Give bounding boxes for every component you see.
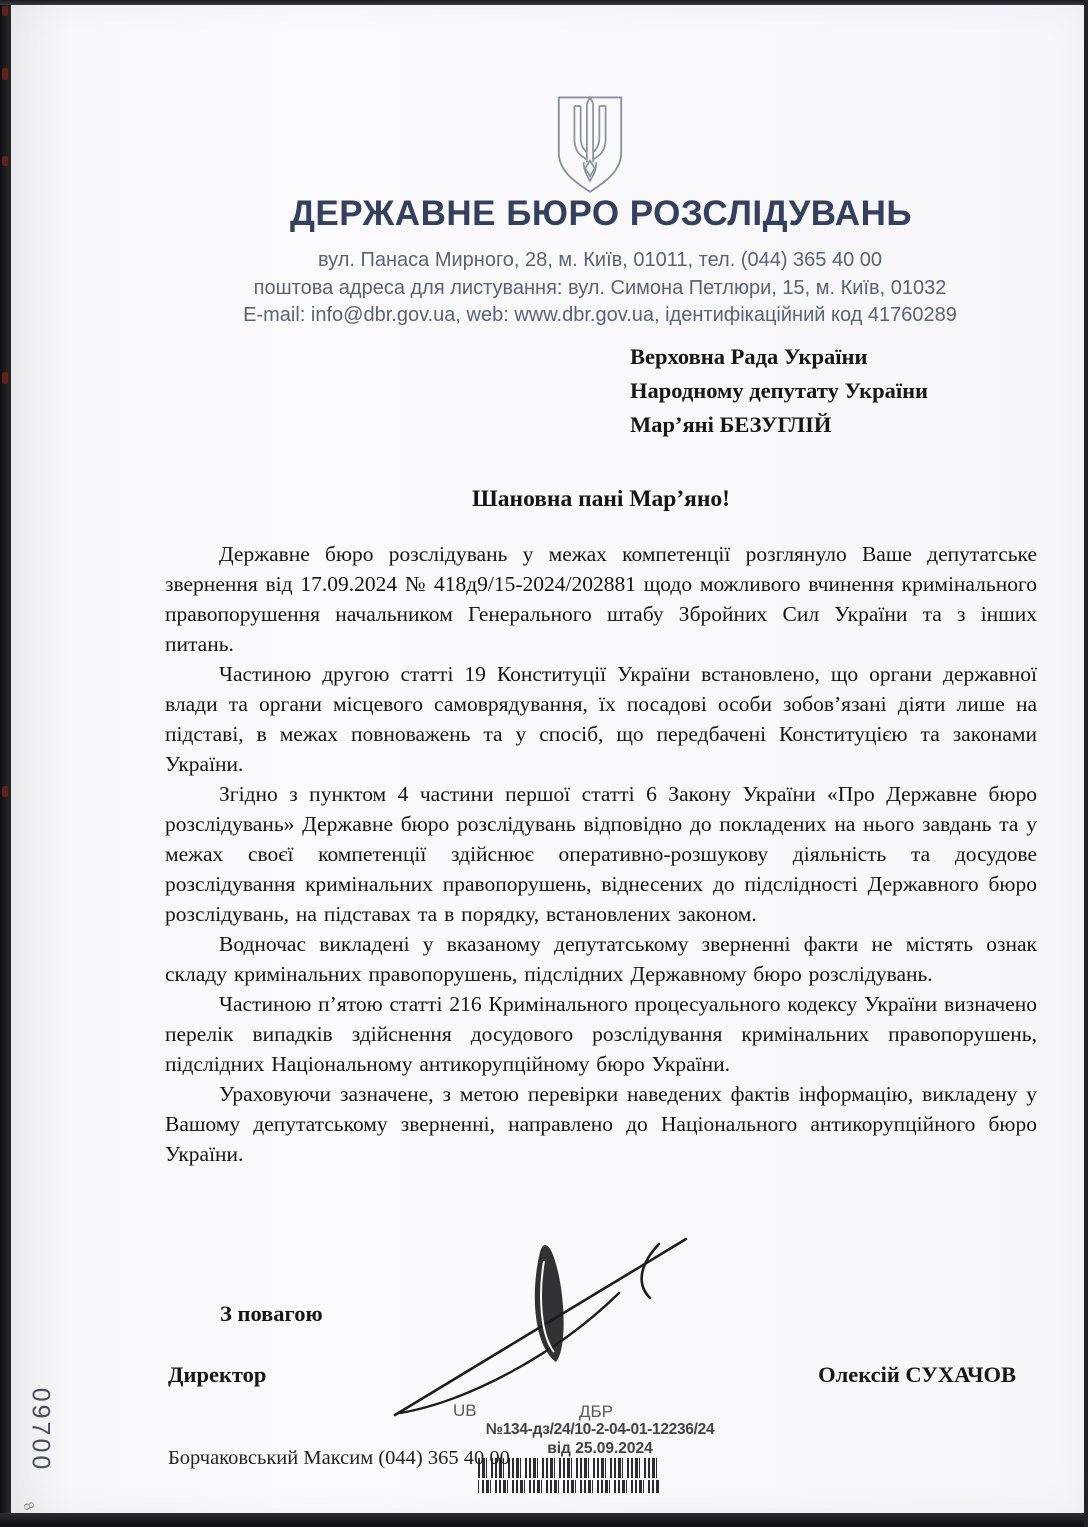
address-line-2: поштова адреса для листування: вул. Симо… — [120, 275, 1080, 303]
recipient-line-3: Мар’яні БЕЗУГЛІЙ — [630, 408, 928, 442]
scan-artifact — [2, 6, 8, 16]
executor-contact: Борчаковський Максим (044) 365 40 00 — [168, 1447, 510, 1470]
scan-artifact — [2, 786, 8, 797]
scan-edge-right — [1084, 0, 1088, 1527]
letter-body: Шановна пані Мар’яно! Державне бюро розс… — [165, 486, 1037, 1169]
stamp-left-code: UB — [453, 1401, 477, 1421]
body-paragraph: Частиною другою статті 19 Конституції Ук… — [165, 659, 1037, 779]
scan-edge-left — [0, 0, 11, 1527]
recipient-block: Верховна Рада України Народному депутату… — [630, 340, 928, 442]
address-line-3: E-mail: info@dbr.gov.ua, web: www.dbr.go… — [120, 302, 1080, 330]
body-paragraph: Ураховуючи зазначене, з метою перевірки … — [165, 1079, 1037, 1169]
salutation: Шановна пані Мар’яно! — [165, 486, 1037, 513]
scan-artifact — [2, 68, 8, 80]
body-paragraph: Водночас викладені у вказаному депутатсь… — [165, 929, 1037, 989]
address-line-1: вул. Панаса Мирного, 28, м. Київ, 01011,… — [120, 247, 1080, 275]
closing-phrase: З повагою — [220, 1301, 323, 1327]
signer-name: Олексій СУХАЧОВ — [818, 1362, 1016, 1388]
recipient-line-1: Верховна Рада України — [630, 340, 928, 374]
scan-artifact — [2, 156, 8, 166]
scan-edge-top — [0, 0, 1088, 5]
stamp-agency-abbr: ДБР — [579, 1402, 613, 1422]
body-paragraph: Частиною п’ятою статті 216 Кримінального… — [165, 989, 1037, 1079]
body-paragraph: Згідно з пунктом 4 частини першої статті… — [165, 779, 1037, 929]
barcode-row — [478, 1480, 660, 1493]
letterhead-address: вул. Панаса Мирного, 28, м. Київ, 01011,… — [120, 247, 1080, 330]
org-name: ДЕРЖАВНЕ БЮРО РОЗСЛІДУВАНЬ — [165, 194, 1037, 234]
ukraine-trident-icon — [551, 88, 629, 202]
scan-edge-bottom — [0, 1513, 1088, 1527]
body-paragraph: Державне бюро розслідувань у межах компе… — [165, 539, 1037, 659]
registration-number: №134-дз/24/10-2-04-01-12236/24 — [450, 1421, 750, 1439]
handwritten-signature — [372, 1226, 702, 1424]
recipient-line-2: Народному депутату України — [630, 374, 928, 408]
scan-artifact — [2, 372, 8, 384]
page-code: 09700 — [26, 1388, 55, 1473]
signer-title: Директор — [168, 1362, 266, 1388]
